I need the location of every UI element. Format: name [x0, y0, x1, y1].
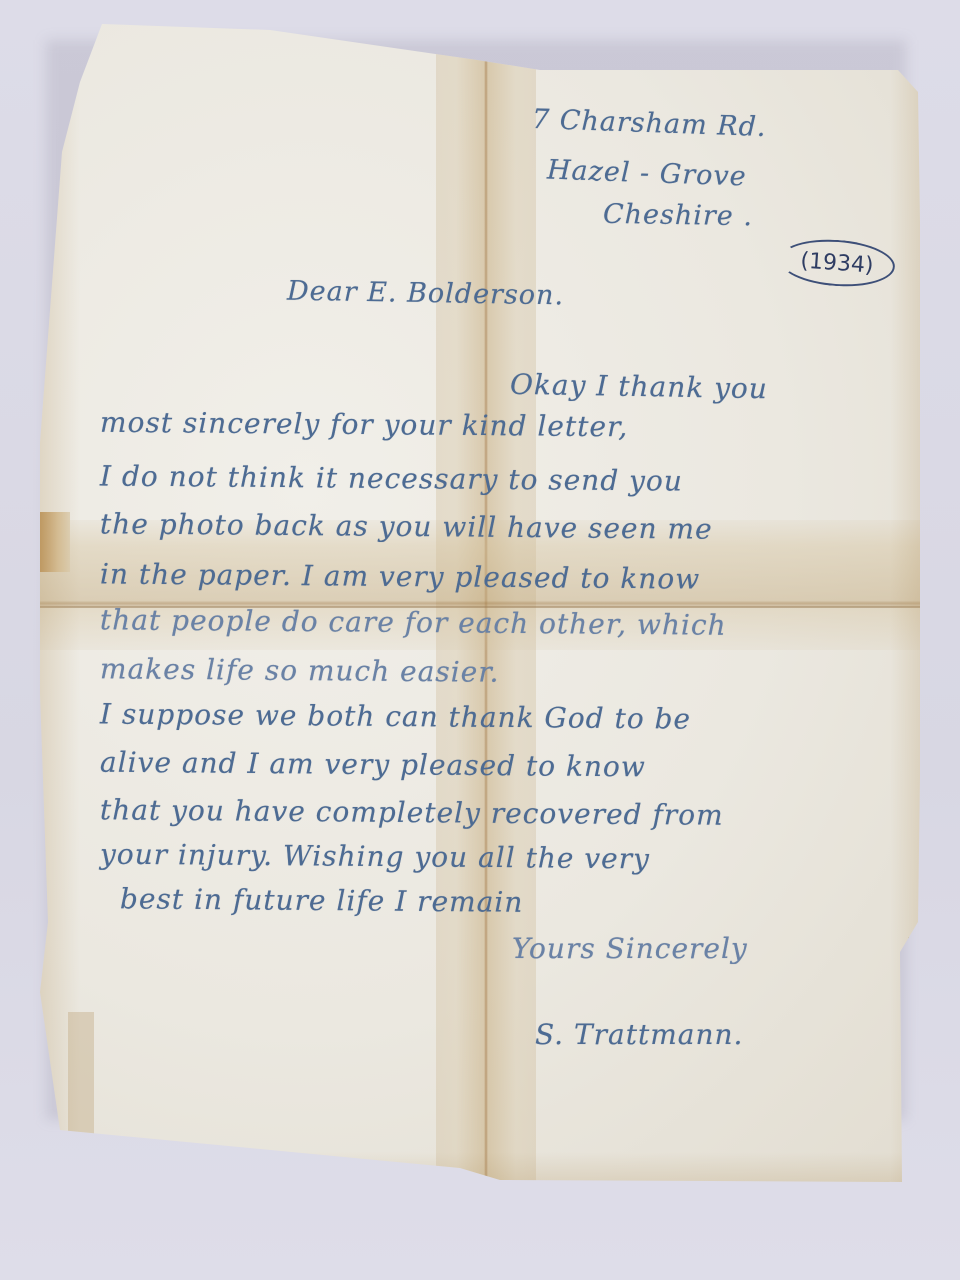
signature: S. Trattmann. [535, 1018, 743, 1051]
address-line-3: Cheshire . [603, 199, 753, 233]
letter-sheet [40, 22, 920, 1182]
body-line: in the paper. I am very pleased to know [100, 557, 700, 595]
left-tape-strip [68, 1012, 94, 1142]
body-line: your injury. Wishing you all the very [100, 838, 650, 876]
salutation: Dear E. Bolderson. [287, 276, 565, 312]
torn-tape-edge [40, 512, 70, 572]
body-line: Okay I thank you [510, 368, 768, 405]
body-line: that you have completely recovered from [100, 793, 724, 831]
body-line: that people do care for each other, whic… [100, 603, 727, 641]
body-line: alive and I am very pleased to know [100, 746, 646, 784]
right-tape-strip [908, 937, 936, 1147]
body-line: I do not think it necessary to send you [100, 459, 683, 497]
body-line: best in future life I remain [120, 882, 524, 919]
body-line: the photo back as you will have seen me [100, 507, 713, 545]
body-line: I suppose we both can thank God to be [100, 697, 691, 735]
closing: Yours Sincerely [512, 932, 748, 965]
body-line: makes life so much easier. [100, 652, 500, 688]
body-line: most sincerely for your kind letter, [100, 406, 629, 444]
